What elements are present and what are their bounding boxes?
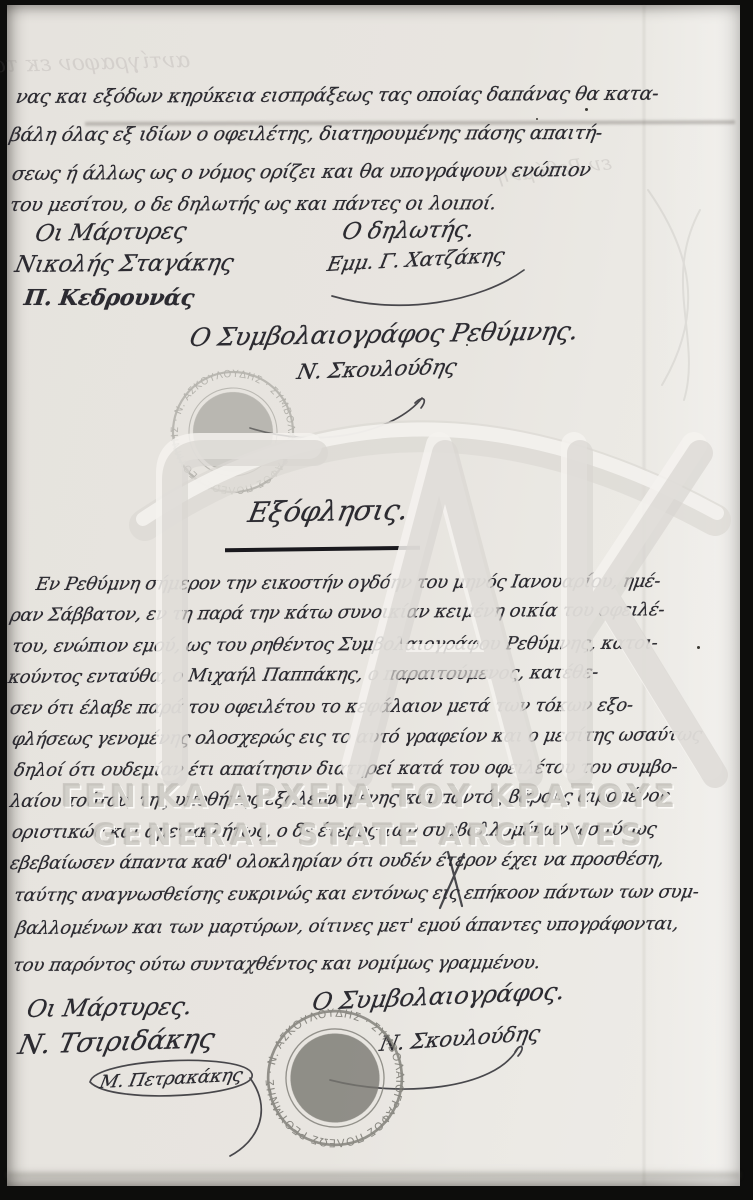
scanned-document-page: αντίγραφον εκ του πρωτοτύπου εν τω αρχεί… [0,0,753,1200]
flourish-top-declarant [332,270,524,305]
watermark-text-english: GENERAL STATE ARCHIVES [0,818,740,852]
flourish-notary-swoosh-curl [515,1046,522,1056]
watermark-text-greek: ΓΕΝΙΚΑ ΑΡΧΕΙΑ ΤΟΥ ΚΡΑΤΟΥΣ [0,779,740,815]
